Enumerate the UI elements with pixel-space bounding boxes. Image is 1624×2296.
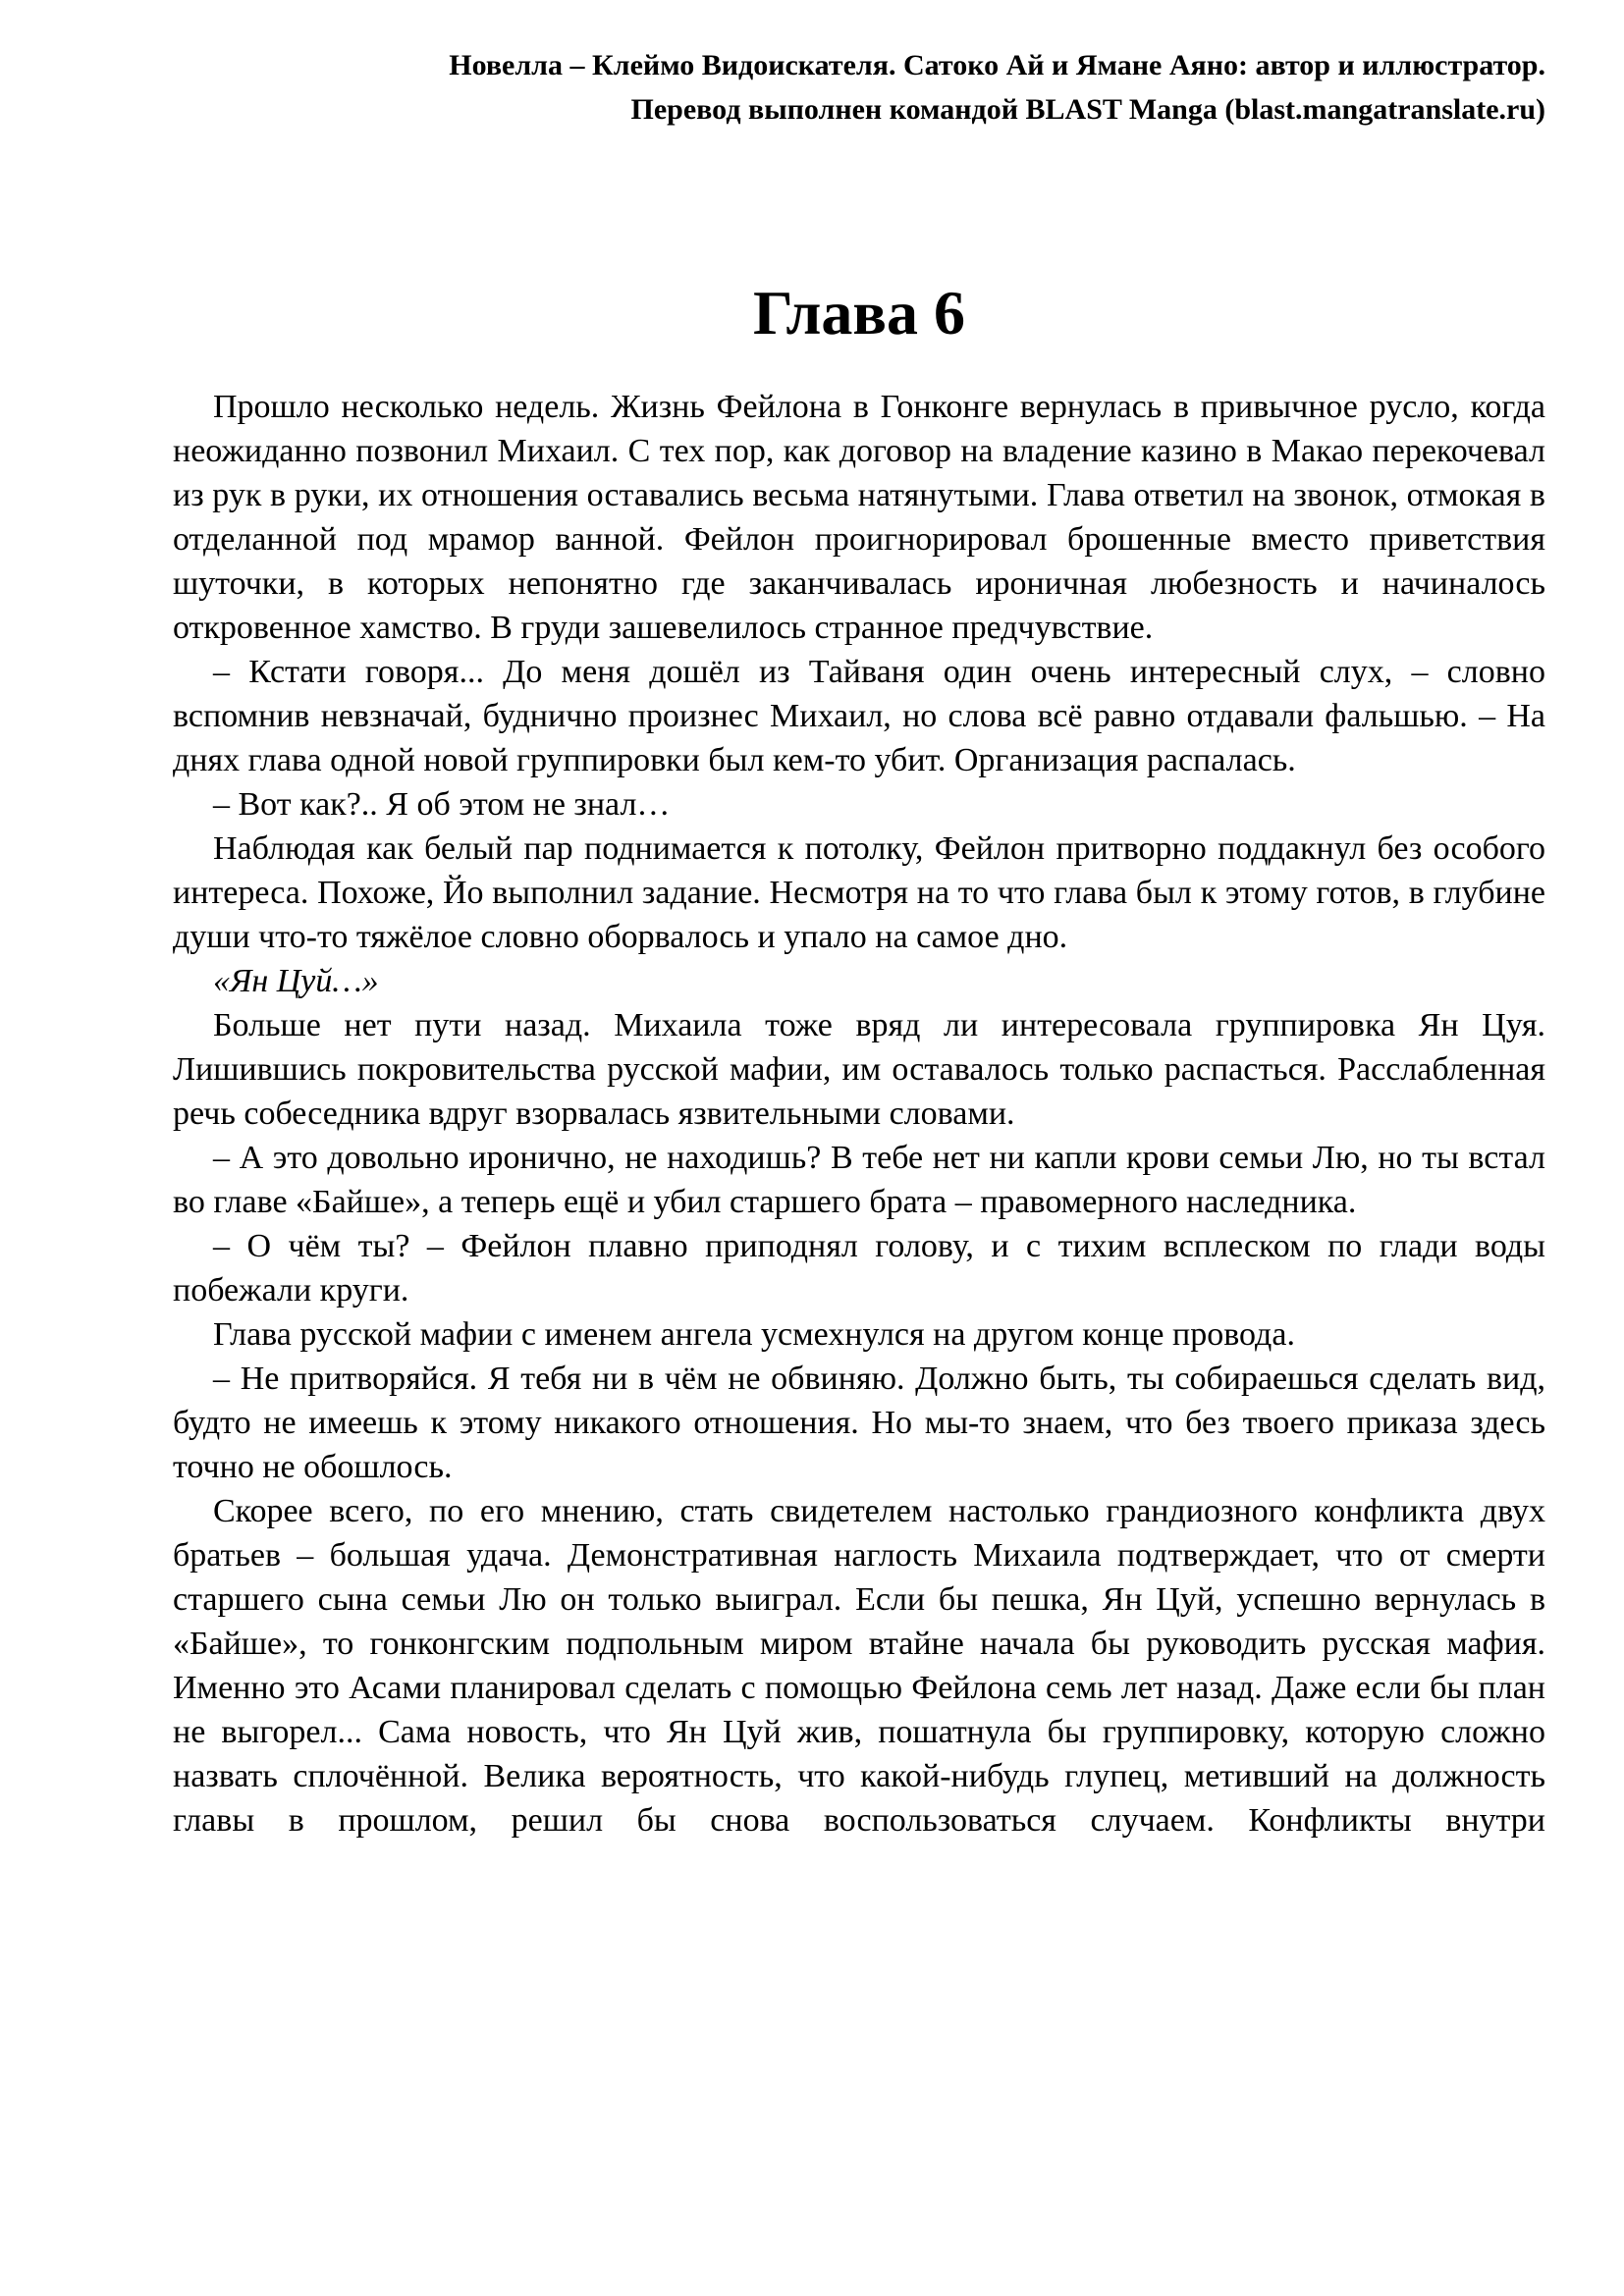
paragraph: – О чём ты? – Фейлон плавно приподнял го… bbox=[173, 1224, 1545, 1312]
paragraph: Наблюдая как белый пар поднимается к пот… bbox=[173, 827, 1545, 959]
paragraph: Скорее всего, по его мнению, стать свиде… bbox=[173, 1489, 1545, 1842]
document-page: Новелла – Клеймо Видоискателя. Сатоко Ай… bbox=[0, 0, 1624, 2296]
page-header: Новелла – Клеймо Видоискателя. Сатоко Ай… bbox=[173, 43, 1545, 132]
paragraph-inner-thought: «Ян Цуй…» bbox=[173, 959, 1545, 1003]
chapter-title: Глава 6 bbox=[173, 276, 1545, 349]
novel-credit-line: Новелла – Клеймо Видоискателя. Сатоко Ай… bbox=[173, 43, 1545, 87]
paragraph: – Вот как?.. Я об этом не знал… bbox=[173, 782, 1545, 827]
paragraph: – Кстати говоря... До меня дошёл из Тайв… bbox=[173, 650, 1545, 782]
paragraph: – А это довольно иронично, не находишь? … bbox=[173, 1136, 1545, 1224]
paragraph: Прошло несколько недель. Жизнь Фейлона в… bbox=[173, 385, 1545, 650]
translation-credit-line: Перевод выполнен командой BLAST Manga (b… bbox=[173, 87, 1545, 132]
paragraph: Глава русской мафии с именем ангела усме… bbox=[173, 1312, 1545, 1357]
body-text: Прошло несколько недель. Жизнь Фейлона в… bbox=[173, 385, 1545, 1842]
paragraph: – Не притворяйся. Я тебя ни в чём не обв… bbox=[173, 1357, 1545, 1489]
paragraph: Больше нет пути назад. Михаила тоже вряд… bbox=[173, 1003, 1545, 1136]
